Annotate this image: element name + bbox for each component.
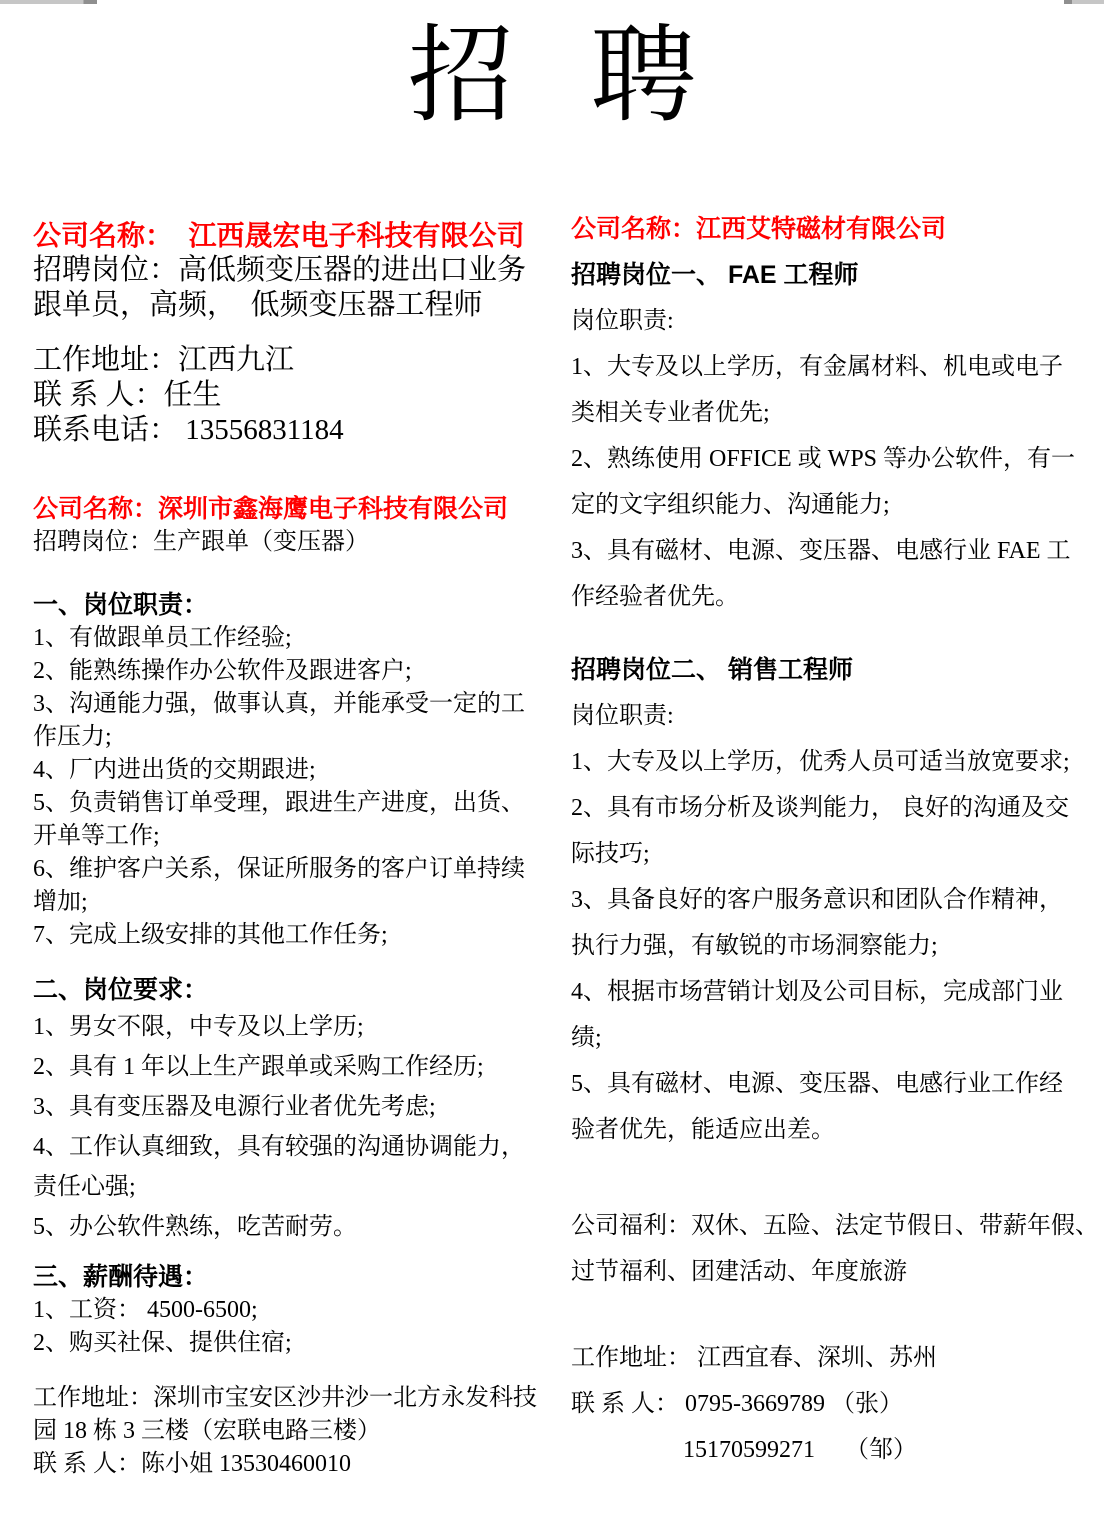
duties-label: 岗位职责: bbox=[571, 693, 1099, 739]
poster-body: 公司名称： 江西晟宏电子科技有限公司招聘岗位：高低频变压器的进出口业务 跟单员，… bbox=[33, 200, 1099, 1481]
contact-person-line: 联 系 人：任生 bbox=[33, 378, 571, 413]
requirement-item: 3、具有变压器及电源行业者优先考虑; bbox=[33, 1087, 571, 1127]
left-column: 公司名称： 江西晟宏电子科技有限公司招聘岗位：高低频变压器的进出口业务 跟单员，… bbox=[33, 200, 571, 1481]
duty-item: 1、有做跟单员工作经验; bbox=[33, 622, 571, 655]
duty-item: 3、沟通能力强，做事认真，并能承受一定的工 作压力; bbox=[33, 688, 571, 754]
duty-item: 2、具有市场分析及谈判能力， 良好的沟通及交 际技巧; bbox=[571, 785, 1099, 877]
duty-item: 5、负责销售订单受理，跟进生产进度，出货、 开单等工作; bbox=[33, 787, 571, 853]
contact-phone-line: 15170599271 （邹） bbox=[571, 1427, 1099, 1473]
duty-item: 7、完成上级安排的其他工作任务; bbox=[33, 919, 571, 952]
duty-item: 3、具有磁材、电源、变压器、电感行业 FAE 工 作经验者优先。 bbox=[571, 528, 1099, 620]
duties-label: 岗位职责: bbox=[571, 298, 1099, 344]
poster-title: 招 聘 bbox=[0, 16, 1104, 138]
duty-item: 5、具有磁材、电源、变压器、电感行业工作经 验者优先，能适应出差。 bbox=[571, 1061, 1099, 1153]
section-heading-requirements: 二、岗位要求： bbox=[33, 974, 571, 1007]
contact-phone-line: 联系电话： 13556831184 bbox=[33, 413, 571, 448]
salary-item: 1、工资： 4500-6500; bbox=[33, 1294, 571, 1327]
duty-item: 2、能熟练操作办公软件及跟进客户; bbox=[33, 655, 571, 688]
contact-person-line: 联 系 人：陈小姐 13530460010 bbox=[33, 1448, 571, 1481]
right-column: 公司名称：江西艾特磁材有限公司招聘岗位一、 FAE 工程师岗位职责:1、大专及以… bbox=[571, 200, 1099, 1481]
duty-item: 3、具备良好的客户服务意识和团队合作精神， 执行力强，有敏锐的市场洞察能力; bbox=[571, 877, 1099, 969]
work-address-line: 工作地址： 江西宜春、深圳、苏州 bbox=[571, 1335, 1099, 1381]
company-benefits-line: 公司福利：双休、五险、法定节假日、带薪年假、 过节福利、团建活动、年度旅游 bbox=[571, 1203, 1099, 1295]
requirement-item: 5、办公软件熟练，吃苦耐劳。 bbox=[33, 1207, 571, 1247]
duty-item: 6、维护客户关系，保证所服务的客户订单持续 增加; bbox=[33, 853, 571, 919]
work-address-line: 工作地址：深圳市宝安区沙井沙一北方永发科技 园 18 栋 3 三楼（宏联电路三楼… bbox=[33, 1382, 571, 1448]
contact-person-line: 联 系 人： 0795-3669789 （张） bbox=[571, 1381, 1099, 1427]
job-position-heading: 招聘岗位一、 FAE 工程师 bbox=[571, 252, 1099, 298]
requirement-item: 4、工作认真细致，具有较强的沟通协调能力， 责任心强; bbox=[33, 1127, 571, 1207]
job-position-line: 招聘岗位：生产跟单（变压器） bbox=[33, 526, 571, 559]
section-heading-salary: 三、薪酬待遇： bbox=[33, 1261, 571, 1294]
salary-item: 2、购买社保、提供住宿; bbox=[33, 1327, 571, 1360]
duty-item: 2、熟练使用 OFFICE 或 WPS 等办公软件，有一 定的文字组织能力、沟通… bbox=[571, 436, 1099, 528]
duty-item: 1、大专及以上学历，有金属材料、机电或电子 类相关专业者优先; bbox=[571, 344, 1099, 436]
requirement-item: 1、男女不限，中专及以上学历; bbox=[33, 1007, 571, 1047]
job-position-heading: 招聘岗位二、 销售工程师 bbox=[571, 647, 1099, 693]
job-position-line: 招聘岗位：高低频变压器的进出口业务 跟单员，高频， 低频变压器工程师 bbox=[33, 253, 571, 323]
work-address-line: 工作地址：江西九江 bbox=[33, 343, 571, 378]
page-corner-shade-left bbox=[0, 0, 97, 4]
duty-item: 4、根据市场营销计划及公司目标，完成部门业 绩; bbox=[571, 969, 1099, 1061]
recruitment-poster: 招 聘 公司名称： 江西晟宏电子科技有限公司招聘岗位：高低频变压器的进出口业务 … bbox=[0, 0, 1104, 1524]
company-name-heading: 公司名称： 江西晟宏电子科技有限公司 bbox=[33, 218, 571, 253]
requirement-item: 2、具有 1 年以上生产跟单或采购工作经历; bbox=[33, 1047, 571, 1087]
duty-item: 1、大专及以上学历，优秀人员可适当放宽要求; bbox=[571, 739, 1099, 785]
page-corner-shade-right bbox=[1064, 0, 1104, 4]
company-name-heading: 公司名称：深圳市鑫海鹰电子科技有限公司 bbox=[33, 493, 571, 526]
section-heading-duties: 一、岗位职责： bbox=[33, 589, 571, 622]
company-name-heading: 公司名称：江西艾特磁材有限公司 bbox=[571, 206, 1099, 252]
duty-item: 4、厂内进出货的交期跟进; bbox=[33, 754, 571, 787]
